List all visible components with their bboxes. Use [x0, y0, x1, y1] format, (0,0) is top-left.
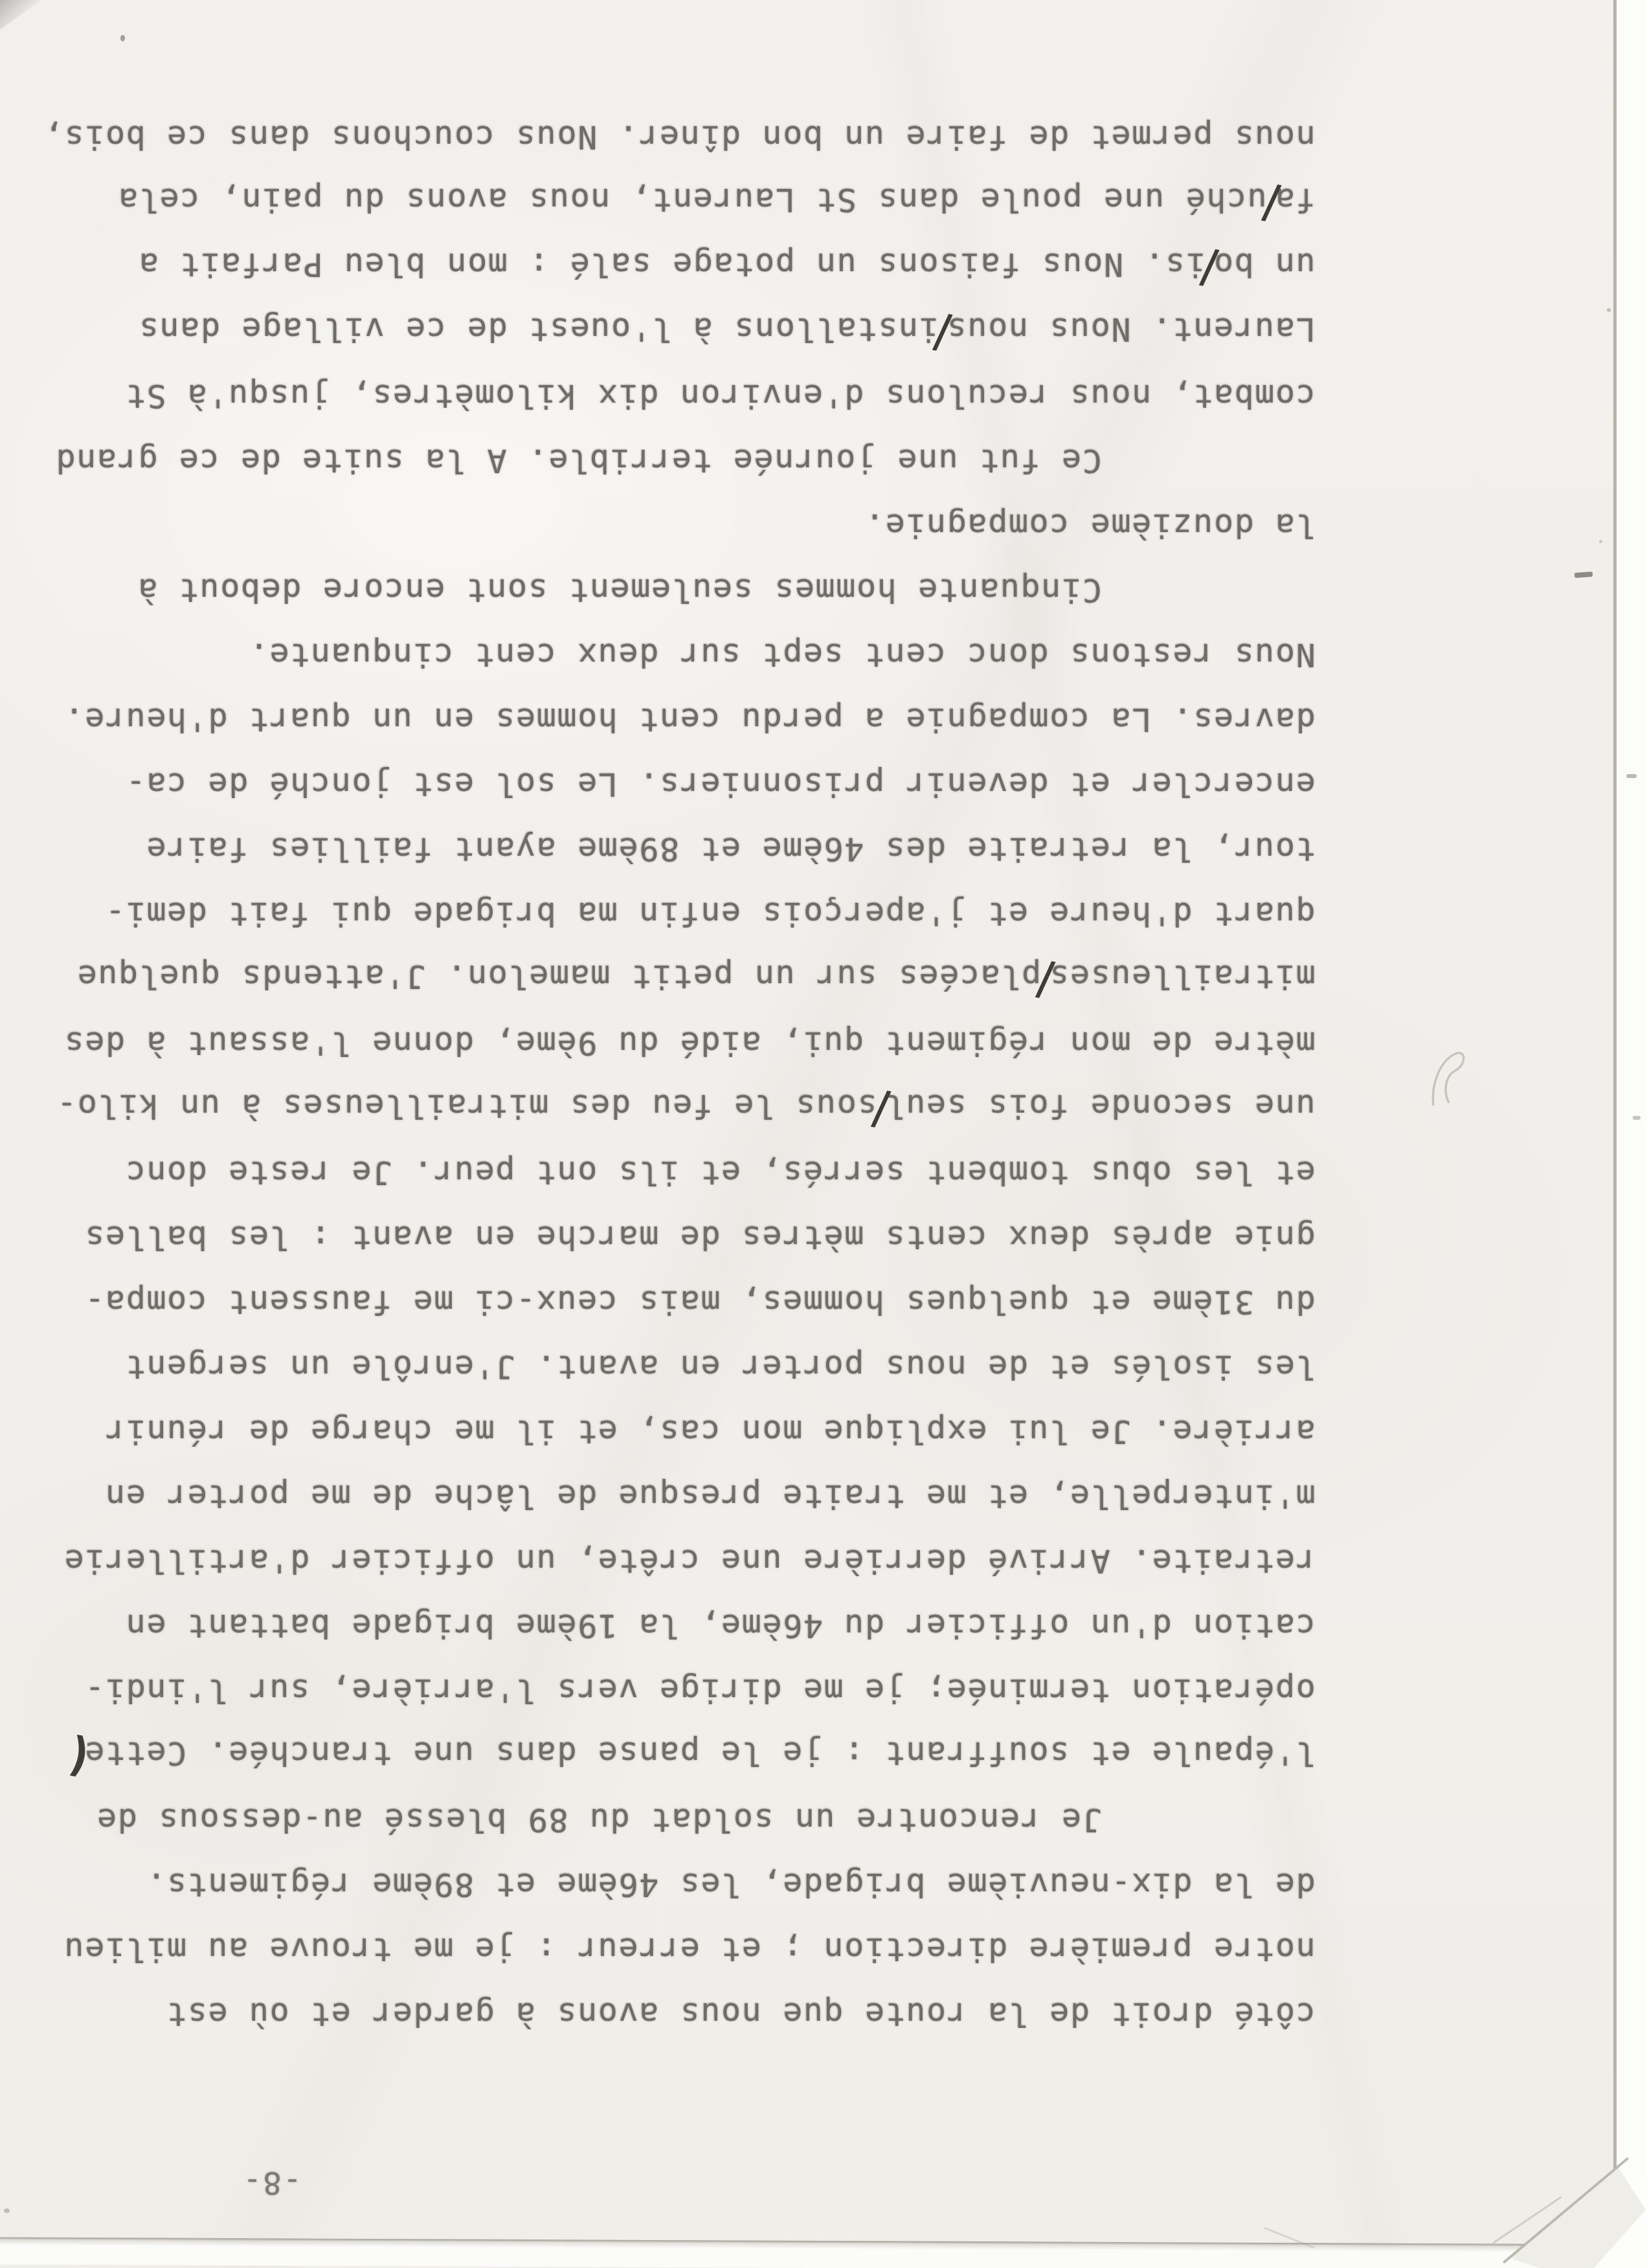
typescript-line: les isolés et de nous porter en avant. J…	[43, 1335, 1316, 1399]
typescript-line: cation d'un officier du 46ème, la 19ème …	[43, 1594, 1316, 1658]
pen-mark: /	[1256, 164, 1284, 243]
typescript-line: et les obus tombent serrés, et ils ont p…	[43, 1140, 1316, 1205]
edge-mark	[1633, 1116, 1641, 1120]
typescript-line: mètre de mon régiment qui, aidé du 9ème,…	[43, 1011, 1316, 1076]
typescript-line: combat, nous reculons d'environ dix kilo…	[43, 364, 1316, 428]
paragraph: Cinquante hommes seulement sont encore d…	[43, 493, 1316, 623]
typescript-line: m'interpelle, et me traite presque de lâ…	[43, 1464, 1316, 1529]
typescript-line: gnie après deux cents mètres de marche e…	[43, 1205, 1316, 1270]
typescript-line: notre première direction ; et erreur : j…	[43, 1917, 1316, 1982]
typescript-line: fa/uché une poule dans St Laurent, nous …	[43, 170, 1316, 234]
typescript-line: arrière. Je lui explique mon cas, et il …	[43, 1399, 1316, 1464]
pen-mark: (	[62, 1717, 94, 1797]
typescript-line: Laurent. Nous nous/installons à l'ouest …	[43, 299, 1316, 364]
pen-mark: /	[866, 1070, 895, 1149]
typescript-body: côté droit de la route que nous avons à …	[43, 105, 1316, 2047]
rotated-content: -8- côté droit de la route que nous avon…	[0, 0, 1647, 2268]
pen-mark: /	[1194, 228, 1223, 307]
typescript-line: Je rencontre un soldat du 89 blessé au-d…	[43, 1788, 1316, 1852]
typescript-line: opération terminée; je me dirige vers l'…	[43, 1658, 1316, 1723]
scanned-page: -8- côté droit de la route que nous avon…	[0, 0, 1647, 2268]
typescript-line: mitrailleuses/placées sur un petit mamel…	[43, 946, 1316, 1011]
paper-speck	[1599, 540, 1602, 543]
edge-mark	[1626, 774, 1637, 778]
paper-speck	[1607, 308, 1611, 312]
typescript-line: tour, la retraite des 46ème et 89ème aya…	[43, 817, 1316, 882]
fiber-mark	[1429, 1043, 1475, 1115]
typescript-line: Cinquante hommes seulement sont encore d…	[43, 558, 1316, 623]
page-number: -8-	[241, 2164, 302, 2201]
paragraph: Je rencontre un soldat du 89 blessé au-d…	[43, 623, 1316, 1852]
typescript-line: Nous restons donc cent sept sur deux cen…	[43, 623, 1316, 687]
typescript-line: Ce fut une journée terrible. A la suite …	[43, 428, 1316, 493]
typescript-line: retraite. Arrivé derrière une crête, un …	[43, 1529, 1316, 1594]
typescript-line: la douzième compagnie.	[43, 493, 1316, 558]
pen-mark: /	[1031, 940, 1059, 1019]
typescript-line: l'épaule et souffrant : je le panse dans…	[43, 1723, 1316, 1788]
typescript-line: davres. La compagnie a perdu cent hommes…	[43, 687, 1316, 752]
typescript-line: nous permet de faire un bon dîner. Nous …	[43, 105, 1316, 170]
typescript-line: quart d'heure et j'aperçois enfin ma bri…	[43, 882, 1316, 946]
paragraph: côté droit de la route que nous avons à …	[43, 1852, 1316, 2047]
paper-speck	[120, 35, 125, 41]
typescript-line: une seconde fois seul/sous le feu des mi…	[43, 1076, 1316, 1140]
typescript-line: côté droit de la route que nous avons à …	[43, 1982, 1316, 2047]
paper-speck	[4, 2208, 10, 2213]
typescript-line: de la dix-neuvième brigade, les 46ème et…	[43, 1852, 1316, 1917]
pen-mark: /	[928, 293, 956, 372]
typescript-line: encercler et devenir prisonniers. Le sol…	[43, 752, 1316, 817]
typescript-line: un bo/is. Nous faisons un potage salé : …	[43, 234, 1316, 299]
typescript-line: du 31ème et quelques hommes, mais ceux-c…	[43, 1270, 1316, 1335]
paragraph: Ce fut une journée terrible. A la suite …	[43, 105, 1316, 493]
